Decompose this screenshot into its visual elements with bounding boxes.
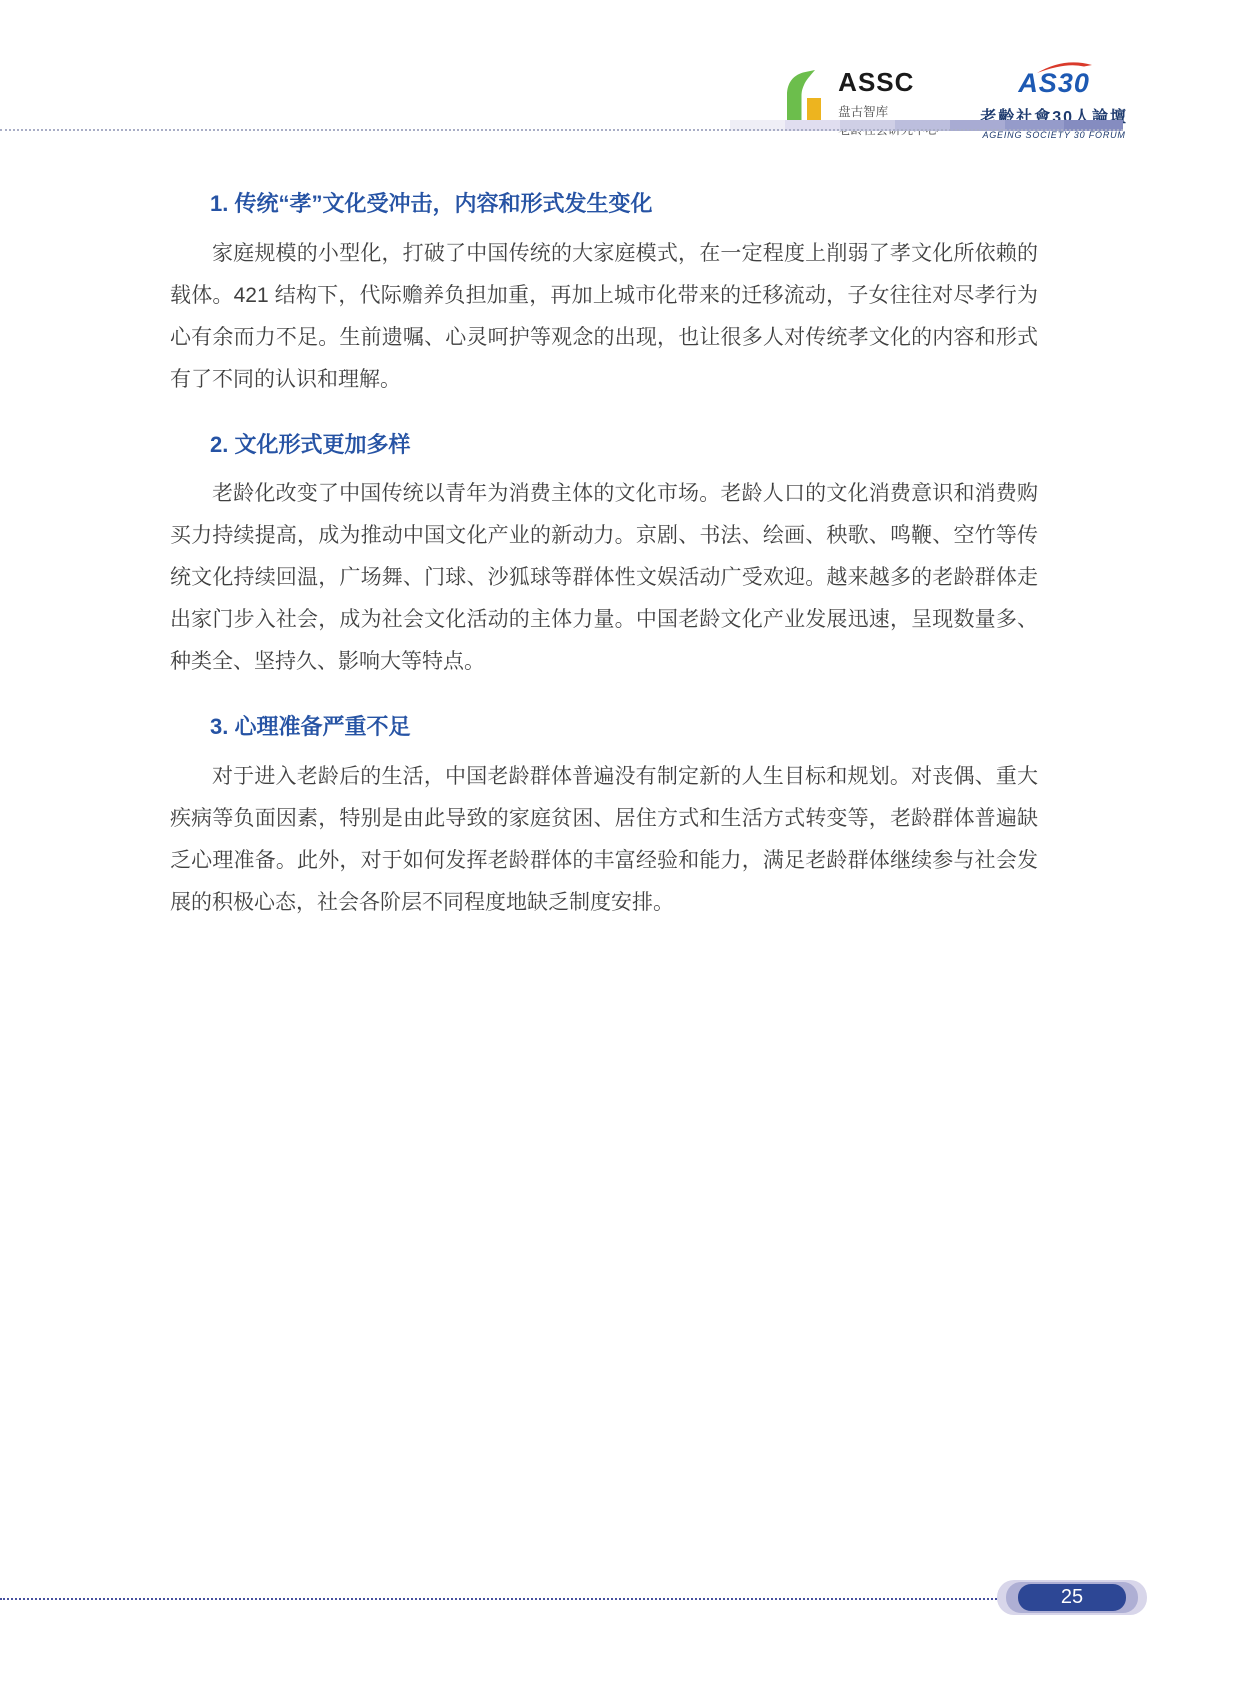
footer-dotted-divider [0,1598,1008,1600]
section-2-paragraph: 老龄化改变了中国传统以青年为消费主体的文化市场。老龄人口的文化消费意识和消费购买… [170,473,1038,683]
section-1-paragraph: 家庭规模的小型化，打破了中国传统的大家庭模式，在一定程度上削弱了孝文化所依赖的载… [170,233,1038,401]
as30-acronym: AS30 [1018,70,1090,97]
document-page: ASSC 盘古智库 老龄社会研究中心 AS30 老齡社會30人論壇 AGEING… [0,0,1240,1683]
section-3-heading: 3. 心理准备严重不足 [170,713,1038,742]
section-3-paragraph: 对于进入老龄后的生活，中国老龄群体普遍没有制定新的人生目标和规划。对丧偶、重大疾… [170,756,1038,924]
section-3: 3. 心理准备严重不足 对于进入老龄后的生活，中国老龄群体普遍没有制定新的人生目… [170,713,1038,924]
section-2-heading: 2. 文化形式更加多样 [170,431,1038,460]
page-number-badge: 25 [997,1580,1147,1615]
section-1: 1. 传统“孝”文化受冲击，内容和形式发生变化 家庭规模的小型化，打破了中国传统… [170,190,1038,401]
assc-org-line1: 盘古智库 [838,103,938,121]
section-2: 2. 文化形式更加多样 老龄化改变了中国传统以青年为消费主体的文化市场。老龄人口… [170,431,1038,684]
page-number: 25 [1018,1584,1126,1611]
assc-acronym: ASSC [838,68,938,97]
section-1-heading: 1. 传统“孝”文化受冲击，内容和形式发生变化 [170,190,1038,219]
as30-title-english: AGEING SOCIETY 30 FORUM [982,130,1125,140]
as30-logo-mark: AS30 [1018,58,1090,97]
assc-logo-icon [784,70,826,126]
document-body: 1. 传统“孝”文化受冲击，内容和形式发生变化 家庭规模的小型化，打破了中国传统… [170,190,1038,924]
header-dotted-divider [0,129,1123,131]
as30-swoosh-icon [1036,60,1094,74]
